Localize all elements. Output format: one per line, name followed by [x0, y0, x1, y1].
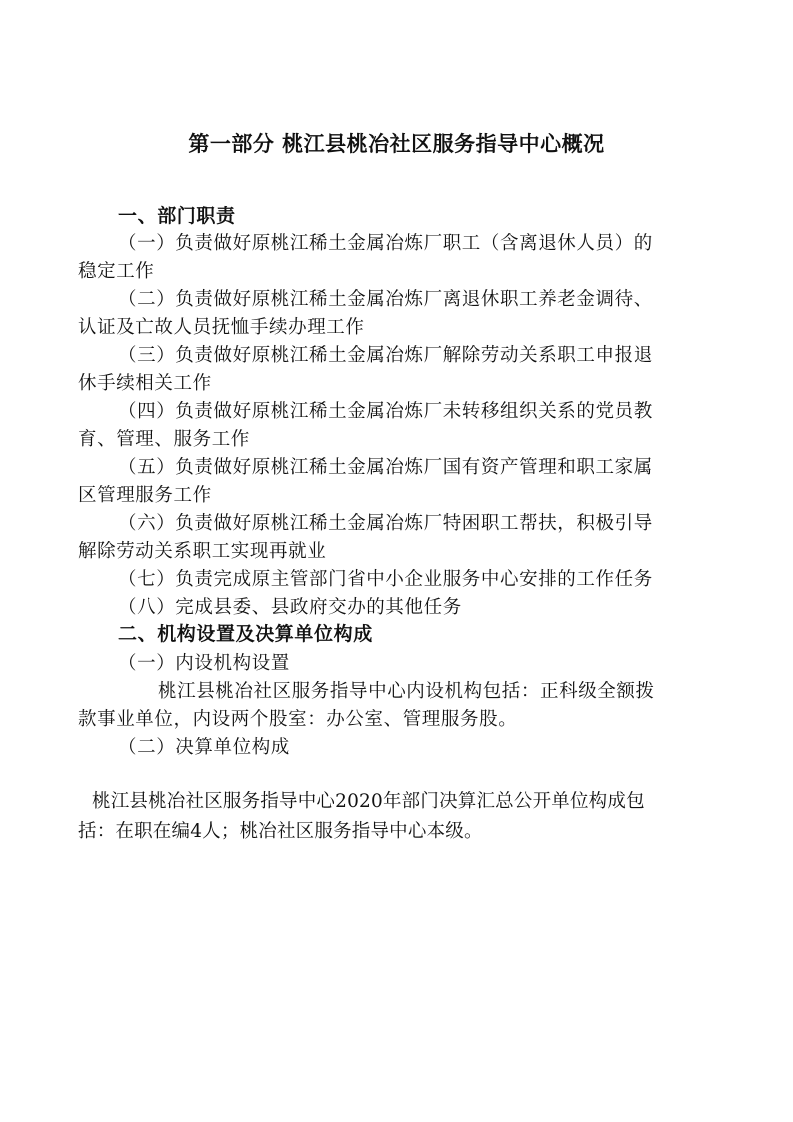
duty-item-1-line1: （一）负责做好原桃江稀土金属冶炼厂职工（含离退休人员）的 [118, 230, 758, 258]
duty-item-8: （八）完成县委、县政府交办的其他任务 [118, 594, 758, 622]
page-title: 第一部分 桃江县桃冶社区服务指导中心概况 [0, 128, 793, 158]
budget-unit-line2: 括：在职在编4人；桃冶社区服务指导中心本级。 [78, 818, 718, 846]
duty-item-6-line2: 解除劳动关系职工实现再就业 [78, 538, 718, 566]
subsection-budget-unit-heading: （二）决算单位构成 [118, 734, 758, 762]
duty-item-4-line1: （四）负责做好原桃江稀土金属冶炼厂未转移组织关系的党员教 [118, 398, 758, 426]
duty-item-4-line2: 育、管理、服务工作 [78, 426, 718, 454]
duty-item-2-line2: 认证及亡故人员抚恤手续办理工作 [78, 314, 718, 342]
subsection-internal-org-heading: （一）内设机构设置 [118, 650, 758, 678]
duty-item-1-line2: 稳定工作 [78, 258, 718, 286]
document-page: 第一部分 桃江县桃冶社区服务指导中心概况 一、部门职责 （一）负责做好原桃江稀土… [0, 0, 793, 1122]
duty-item-7: （七）负责完成原主管部门省中小企业服务中心安排的工作任务 [118, 566, 758, 594]
duty-item-6-line1: （六）负责做好原桃江稀土金属冶炼厂特困职工帮扶，积极引导 [118, 510, 758, 538]
duty-item-3-line2: 休手续相关工作 [78, 370, 718, 398]
internal-org-line2: 款事业单位，内设两个股室：办公室、管理服务股。 [78, 706, 718, 734]
duty-item-5-line1: （五）负责做好原桃江稀土金属冶炼厂国有资产管理和职工家属 [118, 454, 758, 482]
internal-org-line1: 桃江县桃冶社区服务指导中心内设机构包括：正科级全额拨 [158, 678, 793, 706]
budget-unit-line1: 桃江县桃冶社区服务指导中心2020年部门决算汇总公开单位构成包 [92, 788, 732, 816]
duty-item-3-line1: （三）负责做好原桃江稀土金属冶炼厂解除劳动关系职工申报退 [118, 342, 758, 370]
section2-heading: 二、机构设置及决算单位构成 [118, 620, 758, 648]
duty-item-5-line2: 区管理服务工作 [78, 482, 718, 510]
section1-heading: 一、部门职责 [118, 202, 758, 230]
duty-item-2-line1: （二）负责做好原桃江稀土金属冶炼厂离退休职工养老金调待、 [118, 286, 758, 314]
